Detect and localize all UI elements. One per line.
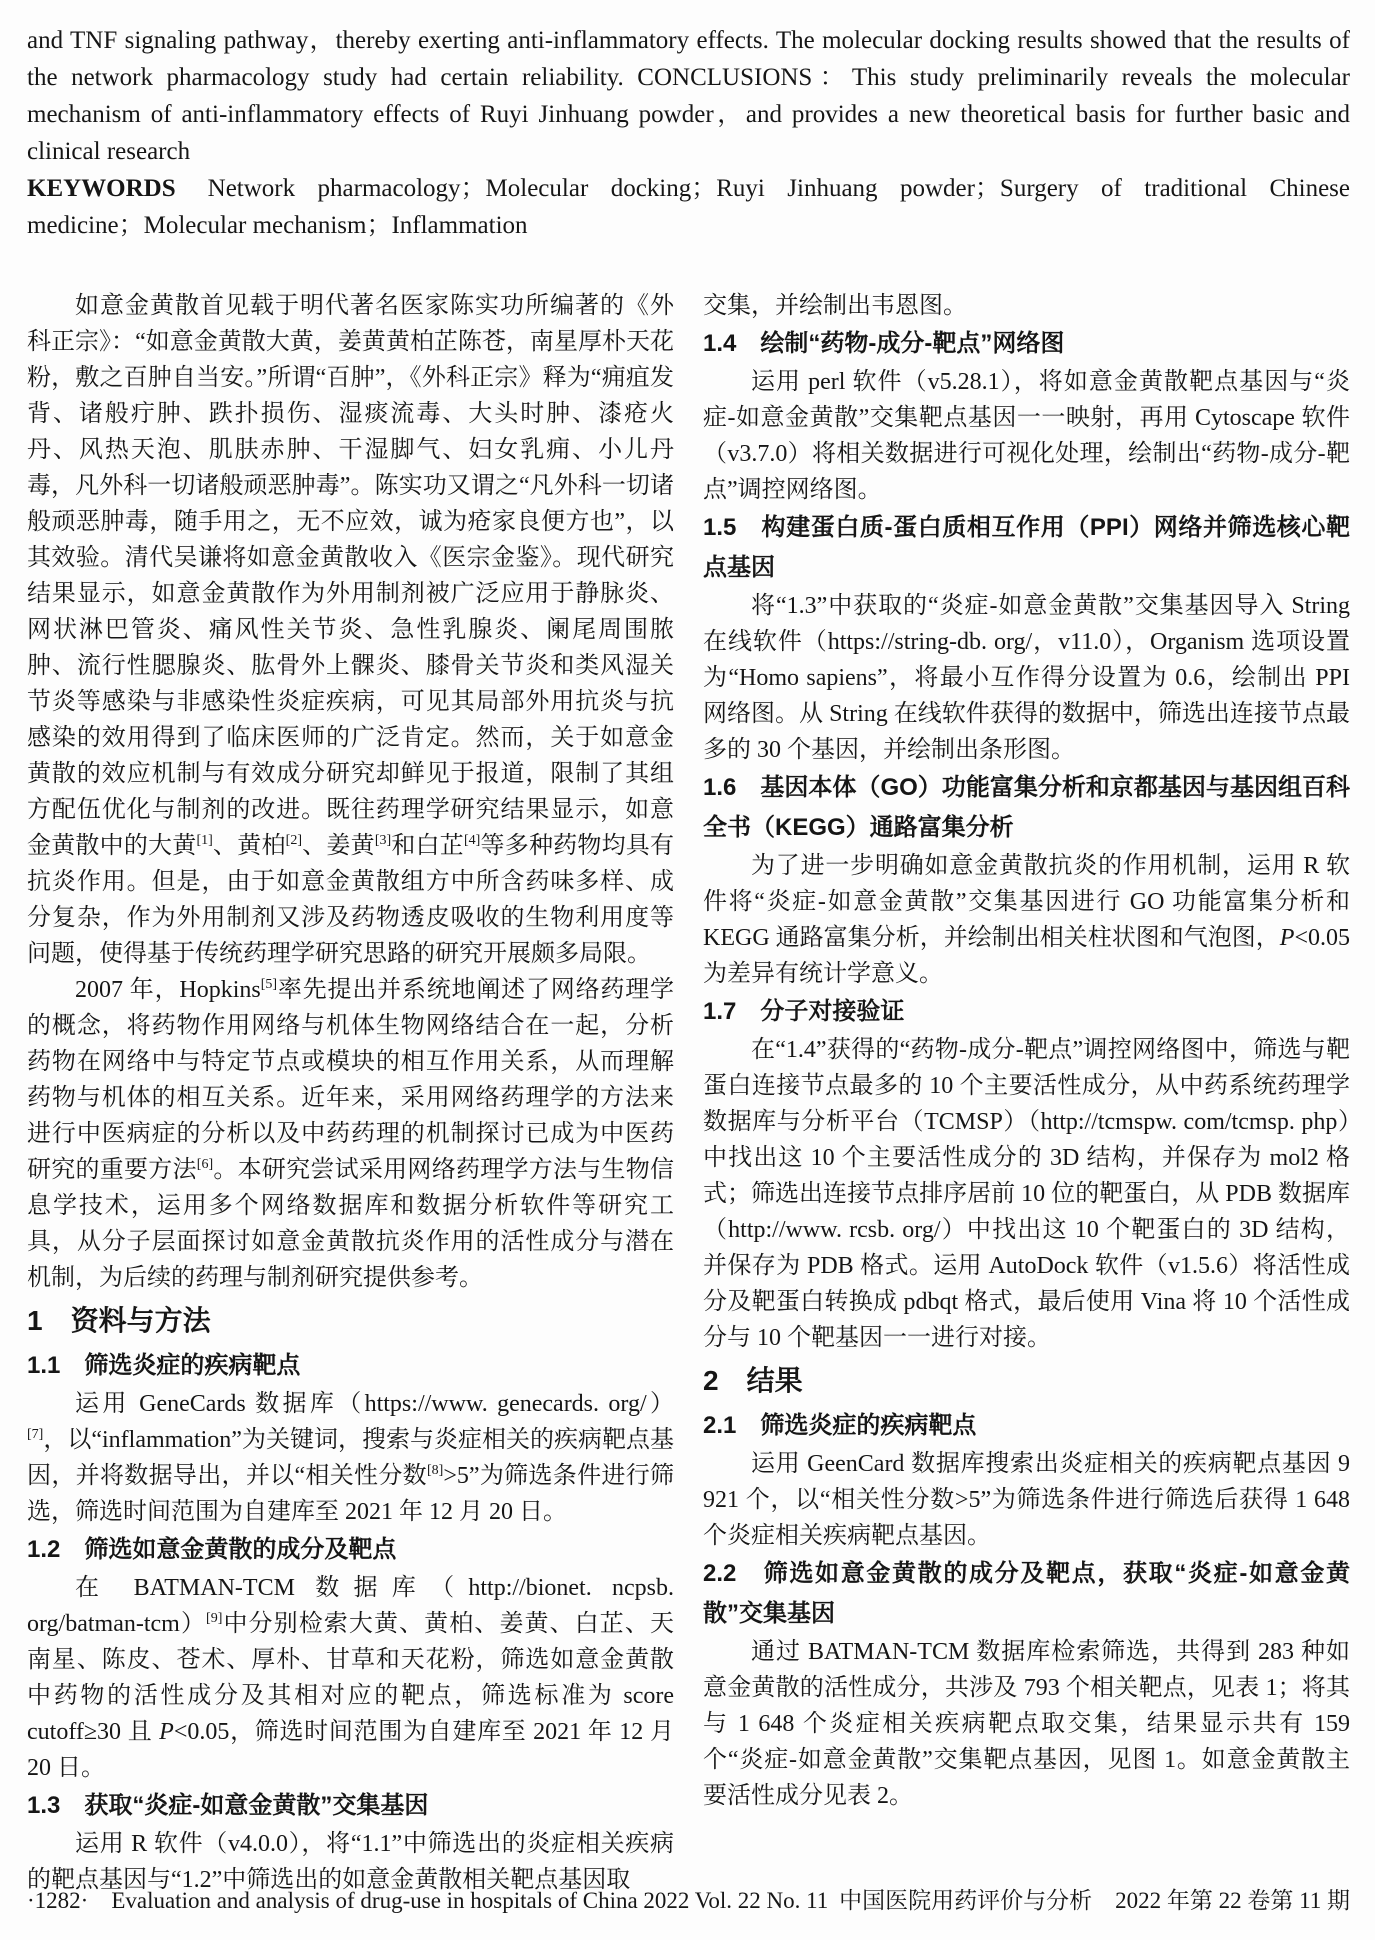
reference-superscript: [9] <box>206 1611 222 1626</box>
body-paragraph: 在“1.4”获得的“药物-成分-靶点”调控网络图中，筛选与靶蛋白连接节点最多的 … <box>703 1032 1350 1356</box>
body-paragraph: 运用 perl 软件（v5.28.1），将如意金黄散靶点基因与“炎症-如意金黄散… <box>703 364 1350 508</box>
subsection-heading: 2.1 筛选炎症的疾病靶点 <box>703 1406 1350 1446</box>
reference-superscript: [8] <box>427 1463 443 1478</box>
subsection-heading: 1.1 筛选炎症的疾病靶点 <box>27 1346 674 1386</box>
keywords-line: KEYWORDSNetwork pharmacology；Molecular d… <box>27 170 1350 244</box>
section-heading: 1 资料与方法 <box>27 1298 674 1344</box>
abstract-continuation-text: and TNF signaling pathway，thereby exerti… <box>27 22 1350 170</box>
reference-superscript: [4] <box>464 833 480 848</box>
subsection-heading: 1.4 绘制“药物-成分-靶点”网络图 <box>703 324 1350 364</box>
reference-superscript: [3] <box>375 833 391 848</box>
keywords-label: KEYWORDS <box>27 175 176 202</box>
subsection-heading: 1.3 获取“炎症-如意金黄散”交集基因 <box>27 1786 674 1826</box>
subsection-heading: 2.2 筛选如意金黄散的成分及靶点，获取“炎症-如意金黄散”交集基因 <box>703 1554 1350 1634</box>
body-paragraph: 运用 GeneCards 数据库（https://www. genecards.… <box>27 1386 674 1530</box>
section-heading: 2 结果 <box>703 1358 1350 1404</box>
reference-superscript: [1] <box>196 833 212 848</box>
body-paragraph-continuation: 交集，并绘制出韦恩图。 <box>703 288 1350 324</box>
subsection-heading: 1.6 基因本体（GO）功能富集分析和京都基因与基因组百科全书（KEGG）通路富… <box>703 768 1350 848</box>
footer-right-journal-info: 中国医院用药评价与分析 2022 年第 22 卷第 11 期 <box>839 1886 1350 1916</box>
subsection-heading: 1.5 构建蛋白质-蛋白质相互作用（PPI）网络并筛选核心靶点基因 <box>703 508 1350 588</box>
subsection-heading: 1.7 分子对接验证 <box>703 992 1350 1032</box>
reference-superscript: [6] <box>197 1157 213 1172</box>
column-right: 交集，并绘制出韦恩图。1.4 绘制“药物-成分-靶点”网络图运用 perl 软件… <box>703 288 1350 1898</box>
body-paragraph: 如意金黄散首见载于明代著名医家陈实功所编著的《外科正宗》：“如意金黄散大黄，姜黄… <box>27 288 674 972</box>
body-paragraph: 为了进一步明确如意金黄散抗炎的作用机制，运用 R 软件将“炎症-如意金黄散”交集… <box>703 848 1350 992</box>
two-column-body: 如意金黄散首见载于明代著名医家陈实功所编著的《外科正宗》：“如意金黄散大黄，姜黄… <box>27 288 1350 1898</box>
reference-superscript: [2] <box>286 833 302 848</box>
reference-superscript: [5] <box>261 977 277 992</box>
column-left: 如意金黄散首见载于明代著名医家陈实功所编著的《外科正宗》：“如意金黄散大黄，姜黄… <box>27 288 674 1898</box>
footer-left-page-info: ·1282· Evaluation and analysis of drug-u… <box>27 1886 828 1916</box>
subsection-heading: 1.2 筛选如意金黄散的成分及靶点 <box>27 1530 674 1570</box>
body-paragraph: 2007 年，Hopkins[5]率先提出并系统地阐述了网络药理学的概念，将药物… <box>27 972 674 1296</box>
keywords-text: Network pharmacology；Molecular docking；R… <box>27 175 1350 239</box>
body-paragraph: 在 BATMAN-TCM 数据库（http://bionet. ncpsb. o… <box>27 1570 674 1786</box>
reference-superscript: [7] <box>27 1427 43 1442</box>
body-paragraph: 运用 GeenCard 数据库搜索出炎症相关的疾病靶点基因 9 921 个，以“… <box>703 1446 1350 1554</box>
page-footer: ·1282· Evaluation and analysis of drug-u… <box>27 1886 1350 1916</box>
paper-page: and TNF signaling pathway，thereby exerti… <box>0 0 1375 1940</box>
body-paragraph: 将“1.3”中获取的“炎症-如意金黄散”交集基因导入 String 在线软件（h… <box>703 588 1350 768</box>
body-paragraph: 通过 BATMAN-TCM 数据库检索筛选，共得到 283 种如意金黄散的活性成… <box>703 1634 1350 1814</box>
